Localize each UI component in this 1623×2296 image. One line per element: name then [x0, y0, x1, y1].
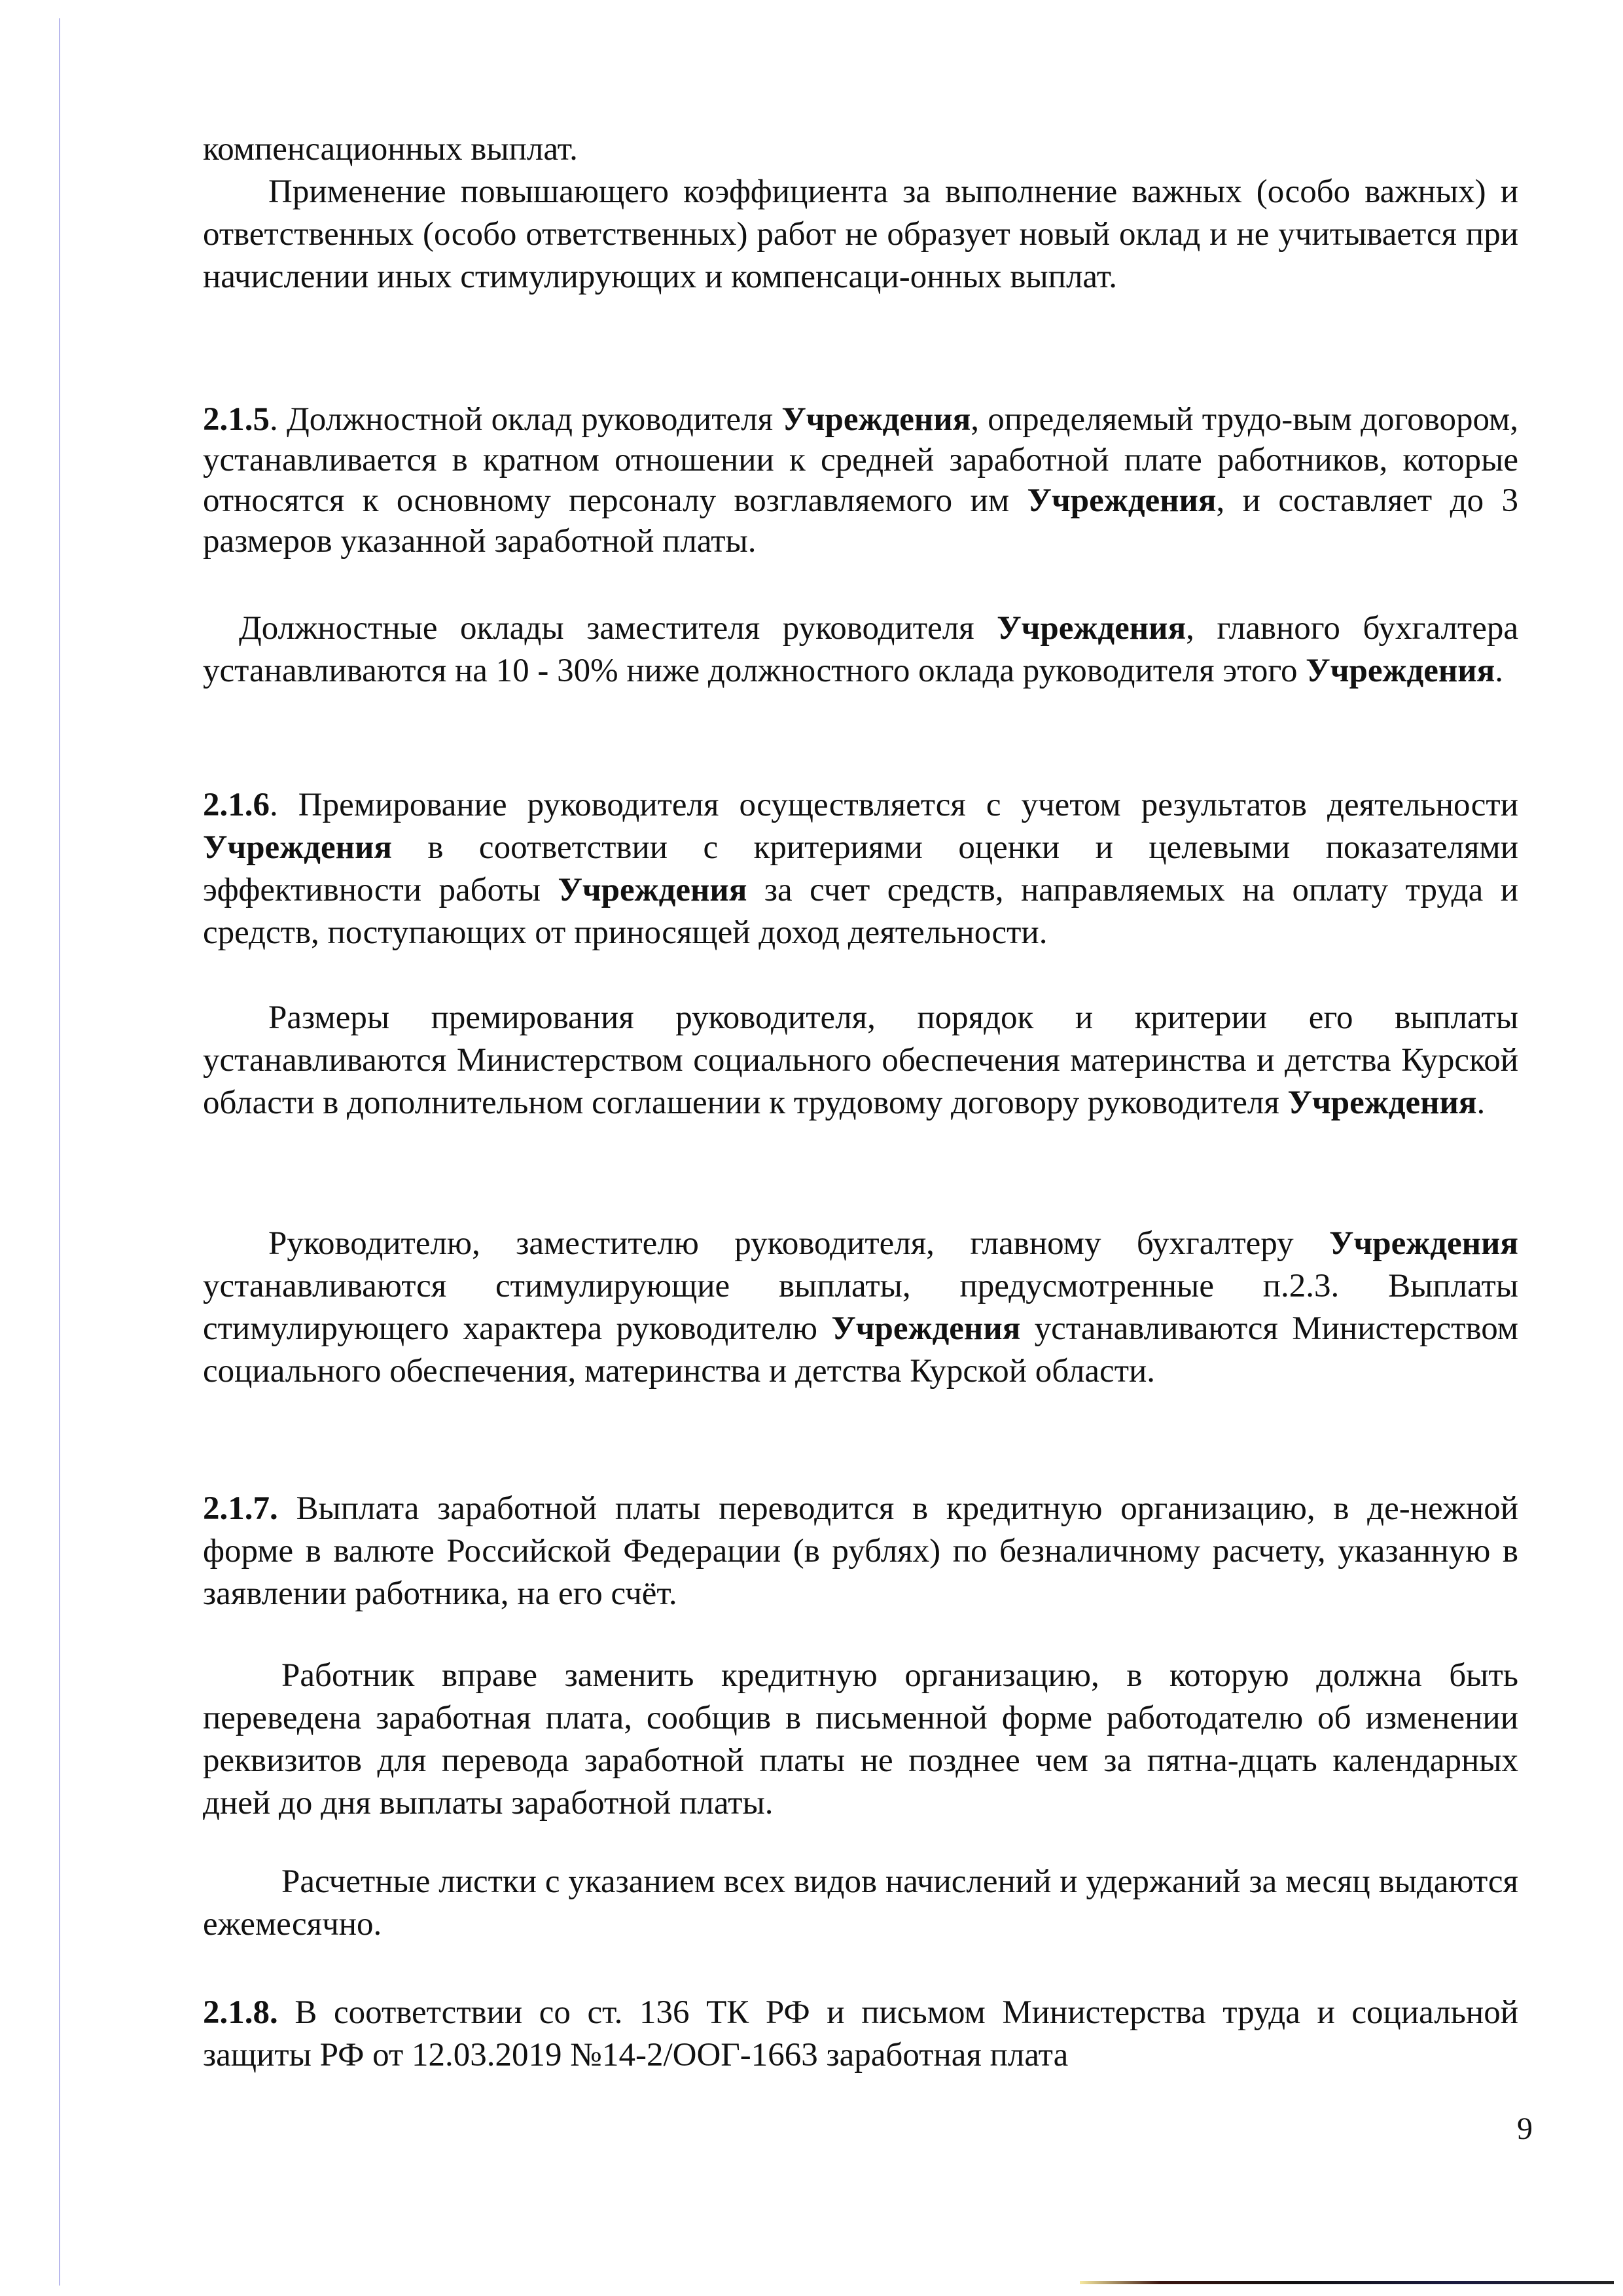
- paragraph-deputy-salary: Должностные оклады заместителя руководит…: [203, 607, 1518, 692]
- paragraph-payslips: Расчетные листки с указанием всех видов …: [203, 1861, 1518, 1946]
- bold-term: Учреждения: [781, 401, 971, 438]
- section-2-1-8: 2.1.8. В соответствии со ст. 136 ТК РФ и…: [203, 1992, 1518, 2077]
- section-number: 2.1.6: [203, 787, 270, 823]
- paragraph-change-bank: Работник вправе заменить кредитную орган…: [203, 1655, 1518, 1825]
- section-number: 2.1.8.: [203, 1994, 278, 2031]
- bold-term: Учреждения: [1306, 653, 1495, 689]
- bold-term: Учреждения: [997, 610, 1186, 647]
- bold-term: Учреждения: [203, 829, 392, 866]
- section-2-1-7: 2.1.7. Выплата заработной платы переводи…: [203, 1488, 1518, 1615]
- section-number: 2.1.5: [203, 401, 270, 438]
- scan-edge-bottom: [1080, 2281, 1614, 2284]
- bold-term: Учреждения: [1329, 1225, 1518, 1262]
- paragraph-continuation: компенсационных выплат.: [203, 128, 1518, 171]
- bold-term: Учреждения: [558, 872, 747, 908]
- paragraph-incentive-payments: Руководителю, заместителю руководителя, …: [203, 1223, 1518, 1393]
- bold-term: Учреждения: [1027, 482, 1217, 519]
- scan-edge-left: [59, 18, 60, 2286]
- section-2-1-5: 2.1.5. Должностной оклад руководителя Уч…: [203, 399, 1518, 562]
- section-number: 2.1.7.: [203, 1490, 278, 1527]
- bold-term: Учреждения: [1288, 1085, 1477, 1121]
- page-number: 9: [1517, 2111, 1533, 2147]
- bold-term: Учреждения: [831, 1310, 1020, 1347]
- paragraph-bonus-sizes: Размеры премирования руководителя, поряд…: [203, 997, 1518, 1124]
- paragraph-coefficient: Применение повышающего коэффициента за в…: [203, 171, 1518, 298]
- section-2-1-6: 2.1.6. Премирование руководителя осущест…: [203, 784, 1518, 954]
